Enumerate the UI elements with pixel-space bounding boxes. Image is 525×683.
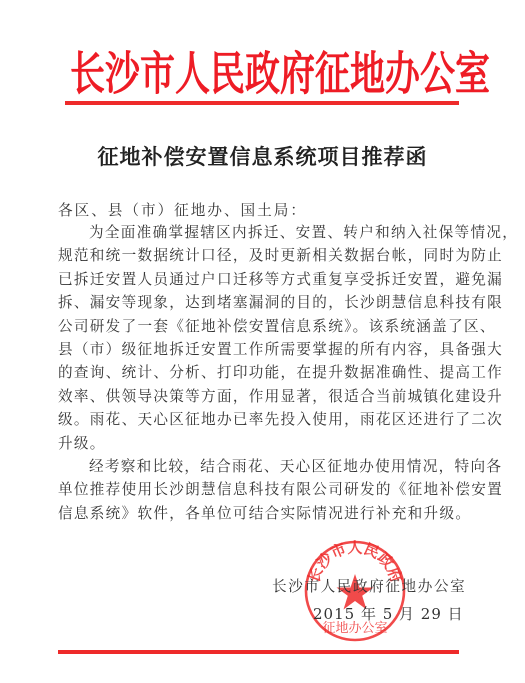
body-line: 为全面准确掌握辖区内拆迁、安置、转户和纳入社保等情况， (58, 221, 488, 244)
body-line: 规范和统一数据统计口径，及时更新相关数据台帐，同时为防止 (58, 244, 488, 267)
letterhead: 长沙市人民政府征地办公室 (62, 26, 462, 106)
body-line: 升级。 (58, 432, 488, 455)
body-line: 已拆迁安置人员通过户口迁移等方式重复享受拆迁安置，避免漏 (58, 268, 488, 291)
body-line: 县（市）级征地拆迁安置工作所需要掌握的所有内容，具备强大 (58, 338, 488, 361)
letterhead-title: 长沙市人民政府征地办公室 (70, 30, 454, 120)
body-line: 经考察和比较，结合雨花、天心区征地办使用情况，特向各 (58, 455, 488, 478)
body-line: 公司研发了一套《征地补偿安置信息系统》。该系统涵盖了区、 (58, 315, 488, 338)
document-title: 征地补偿安置信息系统项目推荐函 (0, 141, 525, 171)
salutation: 各区、县（市）征地办、国土局： (58, 199, 307, 220)
footer-rule (58, 650, 459, 654)
signature-organization: 长沙市人民政府征地办公室 (272, 575, 472, 596)
letter-page: 长沙市人民政府征地办公室 征地补偿安置信息系统项目推荐函 各区、县（市）征地办、… (0, 0, 525, 683)
body-line: 效率、供领导决策等方面，作用显著，很适合当前城镇化建设升 (58, 385, 488, 408)
body-line: 信息系统》软件，各单位可结合实际情况进行补充和升级。 (58, 502, 488, 525)
letter-body: 为全面准确掌握辖区内拆迁、安置、转户和纳入社保等情况， 规范和统一数据统计口径，… (58, 221, 488, 525)
body-line: 的查询、统计、分析、打印功能，在提升数据准确性、提高工作 (58, 361, 488, 384)
body-line: 级。雨花、天心区征地办已率先投入使用，雨花区还进行了二次 (58, 408, 488, 431)
body-line: 单位推荐使用长沙朗慧信息科技有限公司研发的《征地补偿安置 (58, 478, 488, 501)
letterhead-rule (65, 101, 459, 105)
body-line: 拆、漏安等现象，达到堵塞漏洞的目的，长沙朗慧信息科技有限 (58, 291, 488, 314)
signature-date: 2015 年 5 月 29 日 (313, 603, 464, 624)
